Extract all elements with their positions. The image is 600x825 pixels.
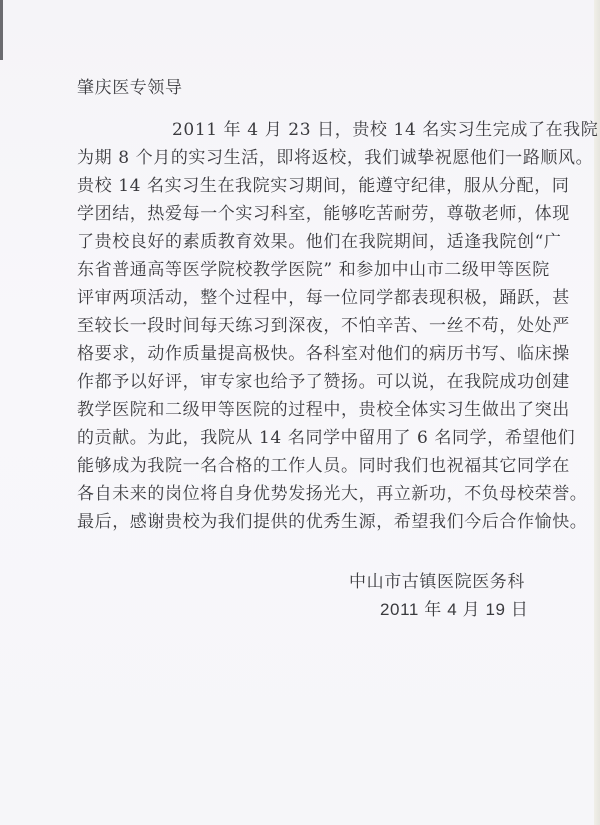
letter-signature: 中山市古镇医院医务科 [349,572,525,592]
body-line-5: 了贵校良好的素质教育效果。他们在我院期间，适逢我院创“广 [77,232,562,252]
body-line-8: 至较长一段时间每天练习到深夜，不怕辛苦、一丝不苟，处处严 [77,316,570,336]
letter-date: 2011 年 4 月 19 日 [380,600,529,620]
scanned-letter-page: 肇庆医专领导 2011 年 4 月 23 日，贵校 14 名实习生完成了在我院 … [0,0,600,825]
body-line-15: 最后，感谢贵校为我们提供的优秀生源，希望我们今后合作愉快。 [77,512,587,532]
letter-salutation: 肇庆医专领导 [77,78,183,98]
body-line-13: 能够成为我院一名合格的工作人员。同时我们也祝福其它同学在 [77,456,570,476]
body-line-10: 作都予以好评，审专家也给予了赞扬。可以说，在我院成功创建 [77,372,570,392]
body-line-1: 2011 年 4 月 23 日，贵校 14 名实习生完成了在我院 [172,120,598,140]
body-line-6: 东省普通高等医学院校教学医院” 和参加中山市二级甲等医院 [77,260,550,280]
body-line-2: 为期 8 个月的实习生活，即将返校，我们诚挚祝愿他们一路顺风。 [77,148,593,168]
body-line-4: 学团结，热爱每一个实习科室，能够吃苦耐劳，尊敬老师，体现 [77,204,570,224]
body-line-14: 各自未来的岗位将自身优势发扬光大，再立新功，不负母校荣誉。 [77,484,587,504]
scan-edge-left [0,0,3,60]
body-line-3: 贵校 14 名实习生在我院实习期间，能遵守纪律，服从分配，同 [77,176,569,196]
body-line-11: 教学医院和二级甲等医院的过程中，贵校全体实习生做出了突出 [77,400,570,420]
body-line-12: 的贡献。为此，我院从 14 名同学中留用了 6 名同学，希望他们 [77,428,575,448]
body-line-7: 评审两项活动，整个过程中，每一位同学都表现积极，踊跃，甚 [77,288,570,308]
body-line-9: 格要求，动作质量提高极快。各科室对他们的病历书写、临床操 [77,344,570,364]
